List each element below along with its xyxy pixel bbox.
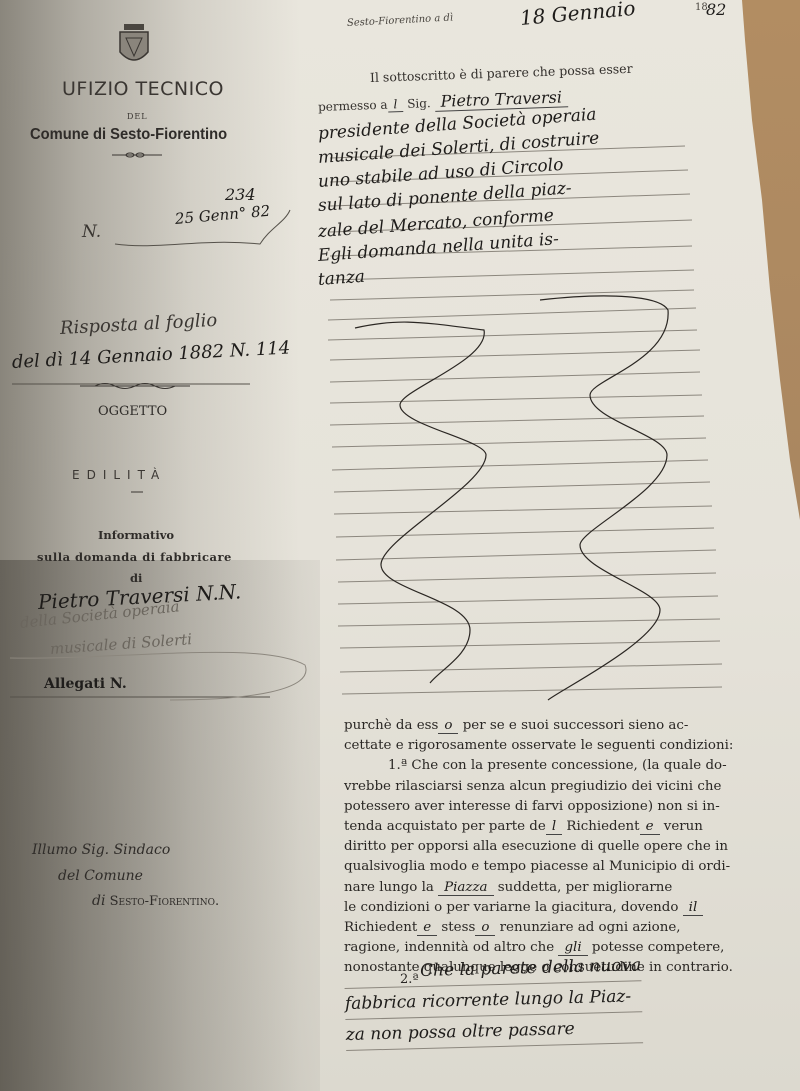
subject-label: OGGETTO: [98, 404, 167, 419]
coat-of-arms-icon: [116, 22, 152, 68]
fill-in: e: [417, 920, 437, 936]
fill-in: Piazza: [438, 880, 493, 896]
subject-line3: di: [130, 571, 142, 585]
conditions-line: purchè da esso per se e suoi successori …: [344, 716, 744, 736]
condition1-line: vrebbe rilasciarsi senza alcun pregiudiz…: [344, 777, 744, 797]
addressee-line2: del Comune: [58, 868, 143, 884]
text: stess: [437, 920, 475, 935]
fill-in: l: [546, 819, 562, 835]
condition1-line: 1.ª Che con la presente concessione, (la…: [344, 756, 744, 776]
addressee-city: Sesto-Fiorentino.: [110, 894, 220, 909]
text: per se e suoi successori sieno ac-: [458, 718, 688, 733]
protocol-number: 234: [225, 185, 256, 204]
condition1-line: nare lungo la Piazza suddetta, per migli…: [344, 878, 744, 898]
condition1-line: qualsivoglia modo e tempo piacesse al Mu…: [344, 857, 744, 877]
handwritten-line: tanza: [317, 267, 365, 290]
attachments-label: Allegati N.: [44, 676, 127, 692]
sig-label: Sig.: [407, 96, 431, 111]
municipality-name: Comune di Sesto-Fiorentino: [30, 126, 227, 144]
text: renunziare ad ogni azione,: [495, 920, 680, 935]
text: verun: [660, 819, 703, 834]
permesso-prefix: permesso a: [318, 98, 388, 114]
conditions-line: cettate e rigorosamente osservate le seg…: [344, 736, 744, 756]
office-del: DEL: [127, 112, 148, 121]
text: nare lungo la: [344, 880, 438, 895]
fill-in: il: [683, 900, 704, 916]
addressee-prefix: di: [92, 893, 105, 909]
protocol-label: N.: [82, 222, 101, 242]
dateline-year-handwritten: 82: [706, 0, 726, 19]
fill-in: o: [475, 920, 495, 936]
condition2-block: Che la parete della nuova fabbrica ricor…: [344, 950, 643, 1051]
conditions-block: purchè da esso per se e suoi successori …: [344, 716, 744, 979]
subject-line2: sulla domanda di fabbricare: [37, 550, 232, 564]
subject-category: EDILITÀ: [72, 468, 166, 482]
fill-in: o: [438, 718, 458, 734]
condition1-line: diritto per opporsi alla esecuzione di q…: [344, 837, 744, 857]
condition1-line: Richiedente stesso renunziare ad ogni az…: [344, 918, 744, 938]
text: suddetta, per migliorarne: [494, 880, 673, 895]
permesso-fill: l: [387, 97, 403, 113]
condition1-line: potessero aver interesse di farvi opposi…: [344, 797, 744, 817]
text: purchè da ess: [344, 718, 438, 733]
condition1-line: le condizioni o per variarne la giacitur…: [344, 898, 744, 918]
text: Richiedent: [344, 920, 417, 935]
text: tenda acquistato per parte de: [344, 819, 546, 834]
condition1-line: tenda acquistato per parte del Richieden…: [344, 817, 744, 837]
cancellation-stroke-right: [540, 296, 668, 700]
text: le condizioni o per variarne la giacitur…: [344, 900, 683, 915]
fill-in: e: [640, 819, 660, 835]
addressee-line1: Illumo Sig. Sindaco: [32, 842, 170, 858]
text: Richiedent: [562, 819, 639, 834]
cancellation-stroke-left: [355, 322, 486, 683]
office-title: UFIZIO TECNICO: [62, 78, 224, 100]
subject-line1: Informativo: [98, 528, 174, 542]
addressee-line3: di Sesto-Fiorentino.: [92, 893, 219, 909]
